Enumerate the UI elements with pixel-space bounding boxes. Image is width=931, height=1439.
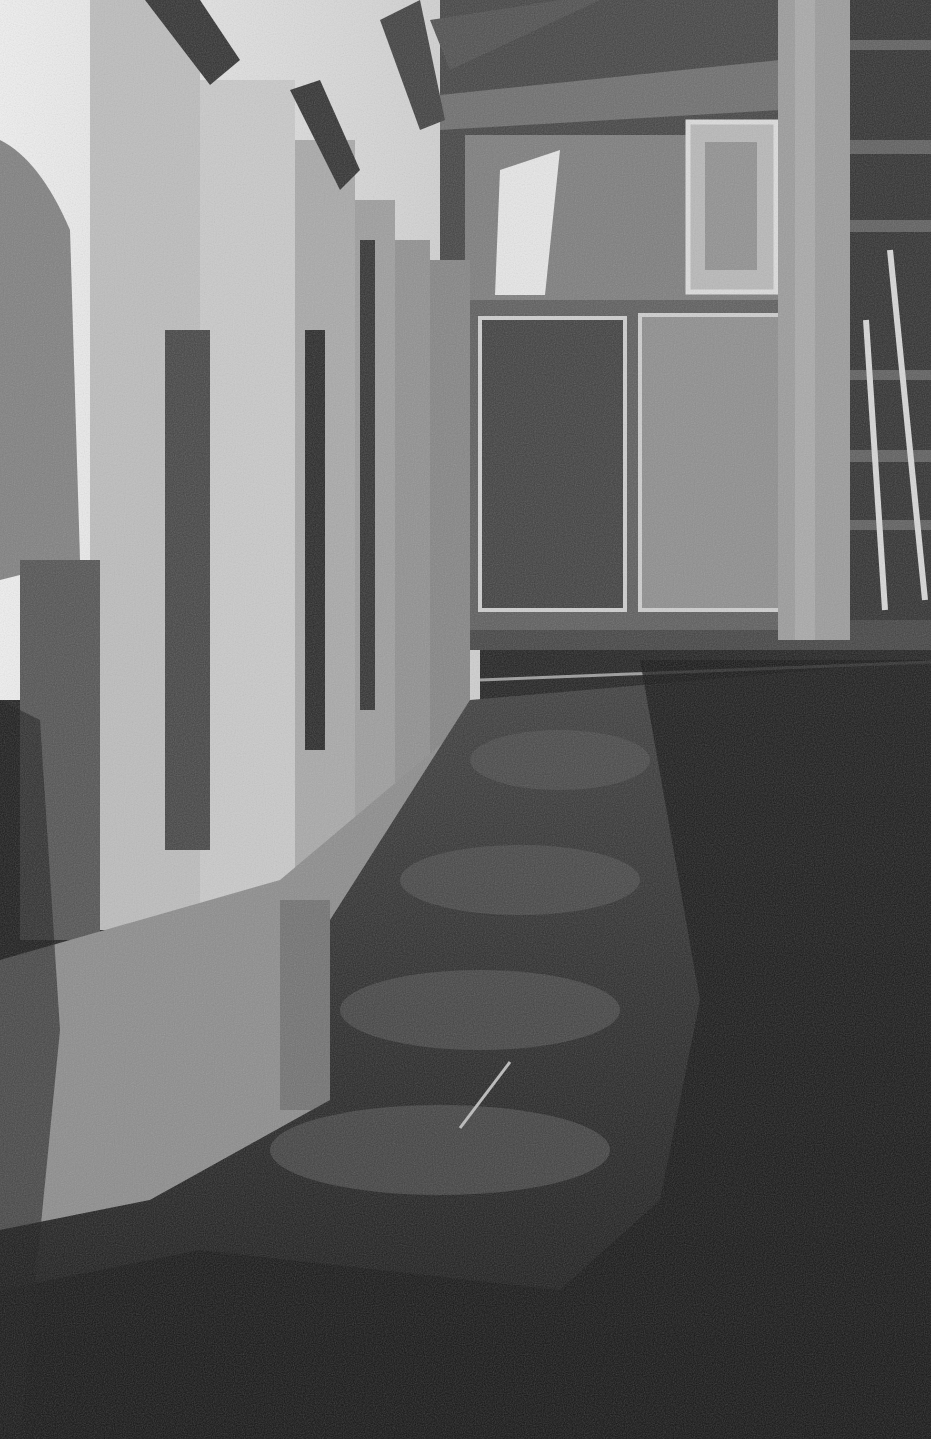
greenhouse-photograph: Black-and-white photograph looking along… bbox=[0, 0, 931, 1439]
photo-rendering bbox=[0, 0, 931, 1439]
